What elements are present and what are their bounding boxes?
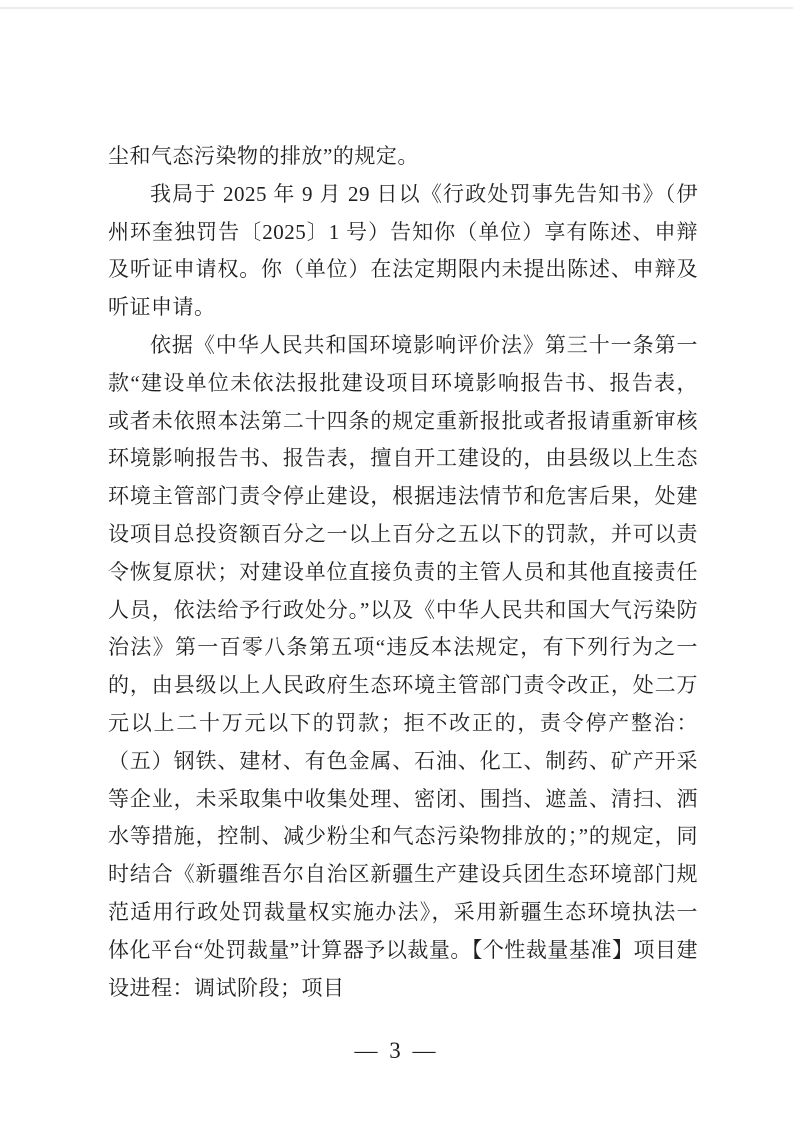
page-number: — 3 — — [0, 1038, 793, 1064]
paragraph-continuation: 尘和气态污染物的排放”的规定。 — [108, 138, 698, 176]
scan-artifact-line — [0, 7, 793, 9]
paragraph-legal-basis: 依据《中华人民共和国环境影响评价法》第三十一条第一款“建设单位未依法报批建设项目… — [108, 327, 698, 1007]
document-body: 尘和气态污染物的排放”的规定。 我局于 2025 年 9 月 29 日以《行政处… — [108, 138, 698, 1007]
document-page: 尘和气态污染物的排放”的规定。 我局于 2025 年 9 月 29 日以《行政处… — [0, 0, 793, 1122]
paragraph-prior-notice: 我局于 2025 年 9 月 29 日以《行政处罚事先告知书》（伊州环奎独罚告〔… — [108, 176, 698, 327]
